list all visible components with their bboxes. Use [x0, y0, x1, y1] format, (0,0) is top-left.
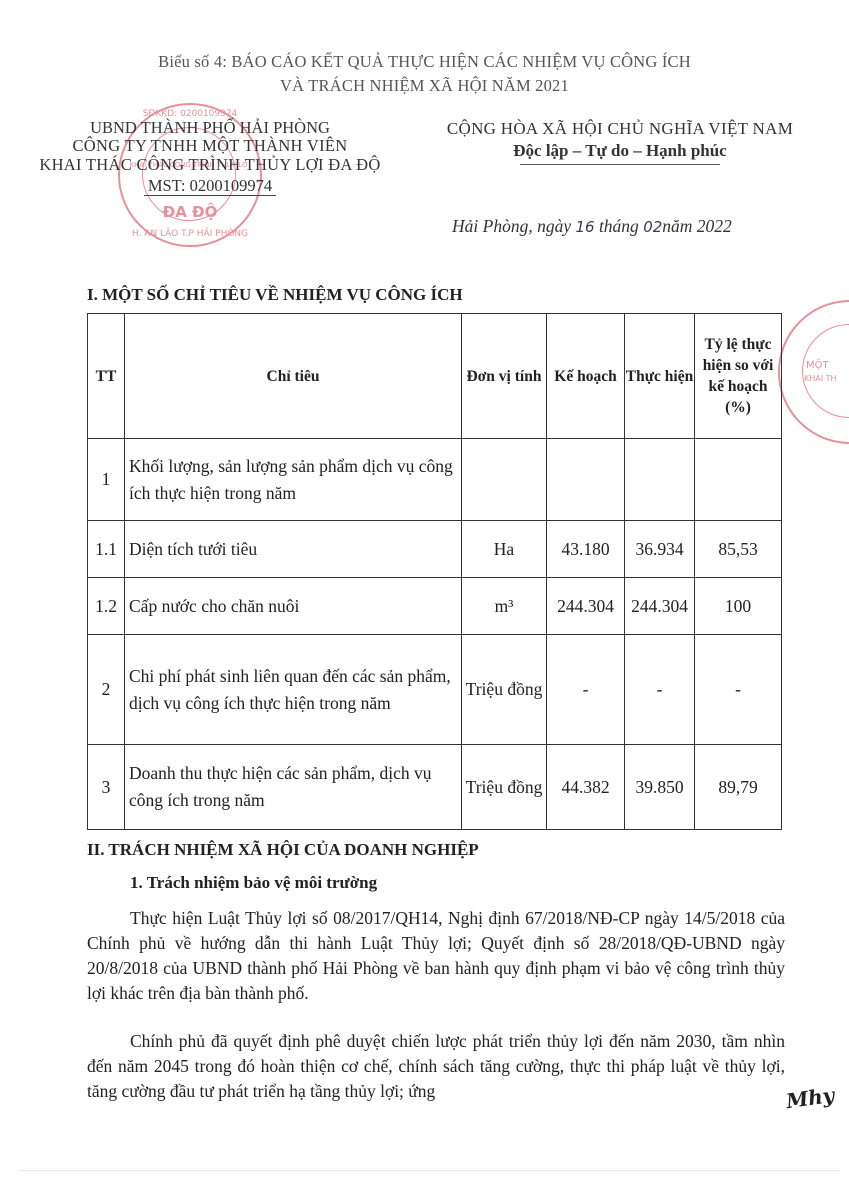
cell-indicator: Chi phí phát sinh liên quan đến các sản …	[125, 635, 462, 745]
cell-unit	[462, 439, 547, 521]
initial-signature-mark: Mhy	[785, 1083, 836, 1113]
col-header-actual: Thực hiện	[625, 314, 695, 439]
cell-actual: 36.934	[625, 521, 695, 578]
cell-ratio: 85,53	[695, 521, 782, 578]
date-prefix: Hải Phòng, ngày	[452, 216, 575, 236]
cell-plan: 43.180	[547, 521, 625, 578]
seal-inner-text-2: KHAI TH	[804, 374, 837, 383]
col-header-ratio: Tỷ lệ thực hiện so với kế hoạch (%)	[695, 314, 782, 439]
seal-name: ĐA ĐỘ	[120, 203, 260, 221]
motto-underline	[520, 164, 720, 165]
company-name-line1: CÔNG TY TNHH MỘT THÀNH VIÊN	[0, 136, 420, 156]
cell-unit: m³	[462, 578, 547, 635]
seal-ring-bottom-text: H. AN LÃO T.P HẢI PHÒNG	[120, 229, 260, 239]
cell-plan: 244.304	[547, 578, 625, 635]
paragraph-text: Chính phủ đã quyết định phê duyệt chiến …	[87, 1029, 785, 1104]
seal-inner-text: MỘT	[806, 360, 829, 371]
cell-plan: -	[547, 635, 625, 745]
table-row: 1.1 Diện tích tưới tiêu Ha 43.180 36.934…	[88, 521, 782, 578]
cell-tt: 3	[88, 745, 125, 830]
report-title-line2: VÀ TRÁCH NHIỆM XÃ HỘI NĂM 2021	[0, 76, 849, 96]
cell-ratio	[695, 439, 782, 521]
table-header-row: TT Chỉ tiêu Đơn vị tính Kế hoạch Thực hi…	[88, 314, 782, 439]
cell-indicator: Doanh thu thực hiện các sản phẩm, dịch v…	[125, 745, 462, 830]
date-month-label: tháng	[595, 216, 644, 236]
cell-ratio: -	[695, 635, 782, 745]
date-line: Hải Phòng, ngày 16 tháng 02năm 2022	[452, 216, 732, 237]
cell-tt: 2	[88, 635, 125, 745]
cell-tt: 1.2	[88, 578, 125, 635]
seal-inner-ring	[802, 324, 849, 418]
date-year: năm 2022	[662, 216, 732, 236]
cell-indicator: Cấp nước cho chăn nuôi	[125, 578, 462, 635]
cell-unit: Ha	[462, 521, 547, 578]
col-header-unit: Đơn vị tính	[462, 314, 547, 439]
col-header-tt: TT	[88, 314, 125, 439]
national-motto: Độc lập – Tự do – Hạnh phúc	[410, 141, 830, 161]
section1-heading: I. MỘT SỐ CHỈ TIÊU VỀ NHIỆM VỤ CÔNG ÍCH	[87, 285, 463, 305]
cell-plan: 44.382	[547, 745, 625, 830]
cell-actual: 244.304	[625, 578, 695, 635]
cell-tt: 1	[88, 439, 125, 521]
paragraph-strategy: Chính phủ đã quyết định phê duyệt chiến …	[87, 1029, 785, 1104]
table-row: 1.2 Cấp nước cho chăn nuôi m³ 244.304 24…	[88, 578, 782, 635]
table-row: 3 Doanh thu thực hiện các sản phẩm, dịch…	[88, 745, 782, 830]
tax-code-text: MST: 0200109974	[144, 176, 276, 196]
table-row: 2 Chi phí phát sinh liên quan đến các sả…	[88, 635, 782, 745]
page-edge-seal-stamp: MỘT KHAI TH	[778, 300, 849, 444]
cell-indicator: Khối lượng, sản lượng sản phẩm dịch vụ c…	[125, 439, 462, 521]
col-header-indicator: Chỉ tiêu	[125, 314, 462, 439]
company-name-line2: KHAI THÁC CÔNG TRÌNH THỦY LỢI ĐA ĐỘ	[0, 155, 420, 175]
date-month: 02	[643, 218, 662, 236]
scan-artifact-line	[20, 1170, 840, 1173]
cell-plan	[547, 439, 625, 521]
cell-actual	[625, 439, 695, 521]
table-row: 1 Khối lượng, sản lượng sản phẩm dịch vụ…	[88, 439, 782, 521]
cell-actual: -	[625, 635, 695, 745]
section2-heading: II. TRÁCH NHIỆM XÃ HỘI CỦA DOANH NGHIỆP	[87, 840, 479, 860]
cell-ratio: 89,79	[695, 745, 782, 830]
subsection-environment-heading: 1. Trách nhiệm bảo vệ môi trường	[130, 873, 377, 893]
cell-actual: 39.850	[625, 745, 695, 830]
cell-ratio: 100	[695, 578, 782, 635]
cell-tt: 1.1	[88, 521, 125, 578]
paragraph-legal-basis: Thực hiện Luật Thủy lợi số 08/2017/QH14,…	[87, 906, 785, 1006]
public-service-indicators-table: TT Chỉ tiêu Đơn vị tính Kế hoạch Thực hi…	[87, 313, 782, 830]
cell-unit: Triệu đồng	[462, 745, 547, 830]
cell-unit: Triệu đồng	[462, 635, 547, 745]
paragraph-text: Thực hiện Luật Thủy lợi số 08/2017/QH14,…	[87, 906, 785, 1006]
tax-code: MST: 0200109974	[0, 176, 420, 196]
report-title-line1: Biểu số 4: BÁO CÁO KẾT QUẢ THỰC HIỆN CÁC…	[0, 52, 849, 72]
cell-indicator: Diện tích tưới tiêu	[125, 521, 462, 578]
national-title: CỘNG HÒA XÃ HỘI CHỦ NGHĨA VIỆT NAM	[410, 119, 830, 139]
date-day: 16	[575, 218, 594, 236]
col-header-plan: Kế hoạch	[547, 314, 625, 439]
agency-name: UBND THÀNH PHỐ HẢI PHÒNG	[0, 118, 420, 138]
